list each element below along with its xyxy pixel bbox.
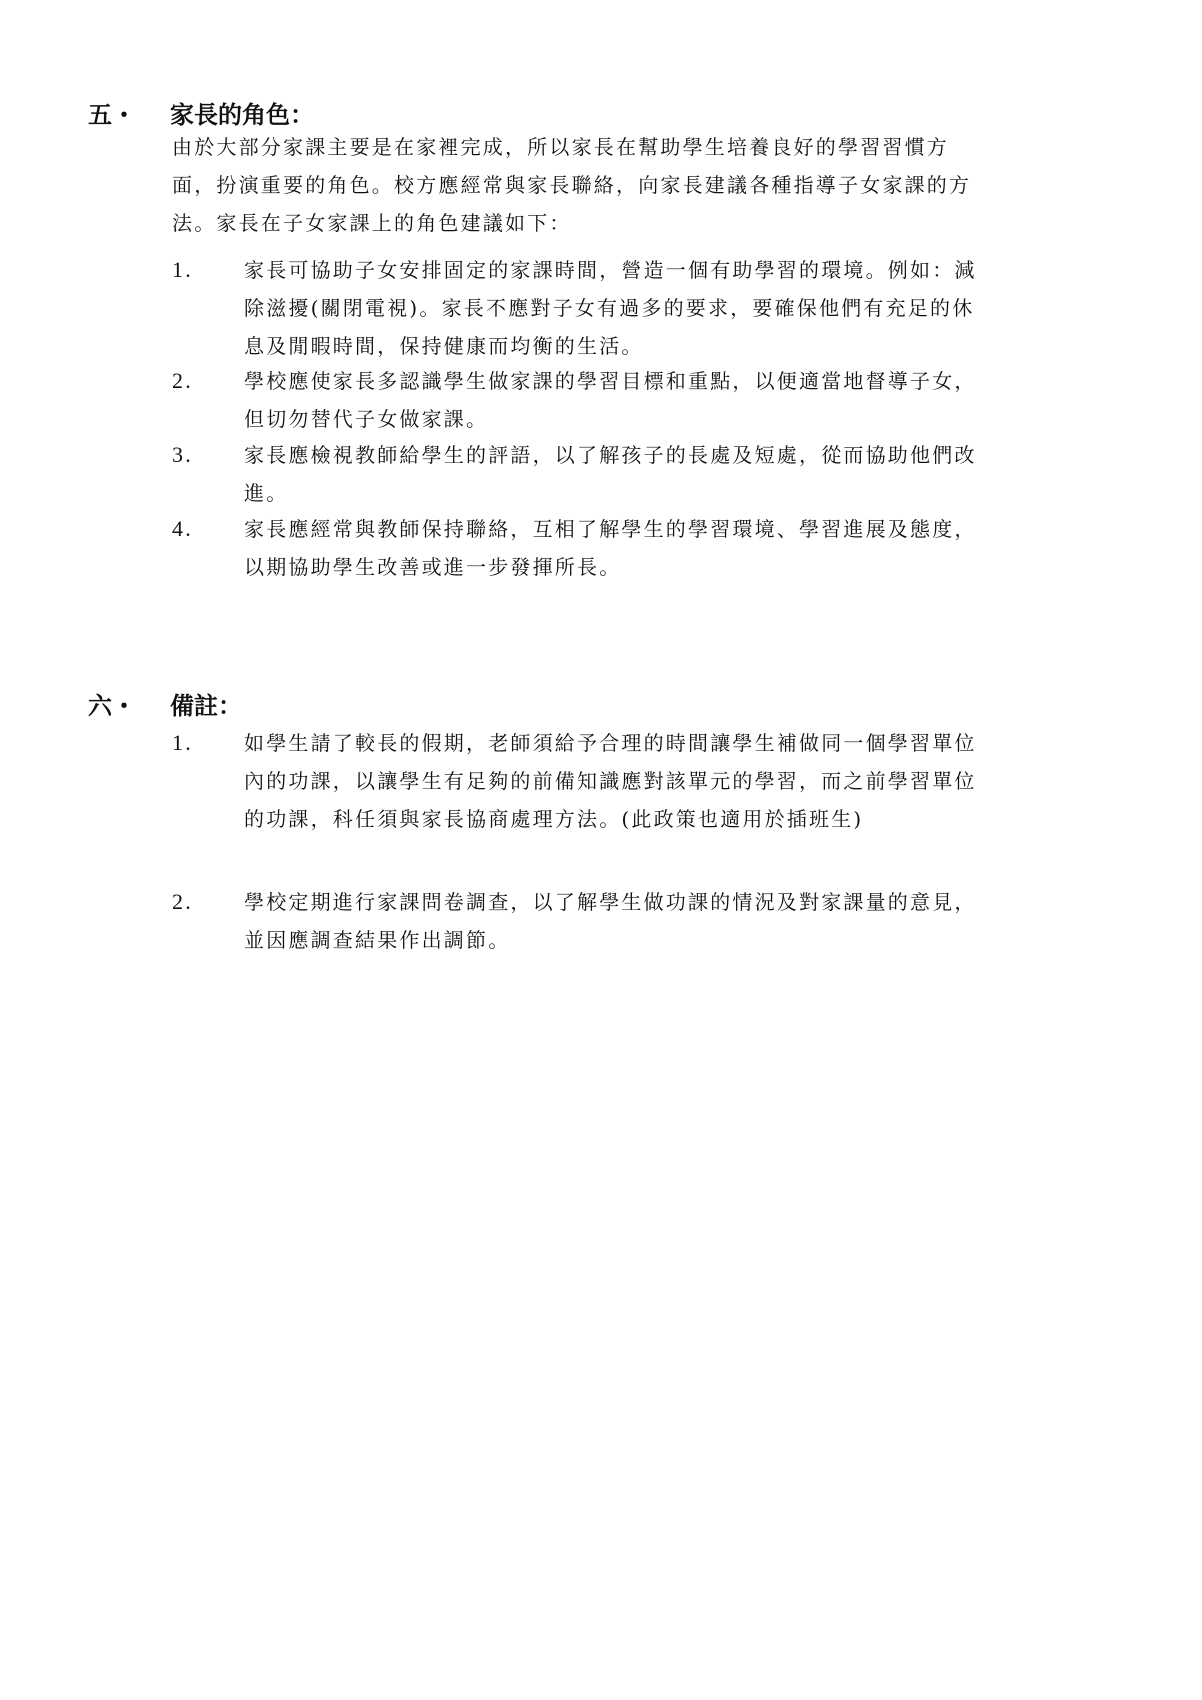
list-item-text: 家長應檢視教師給學生的評語，以了解孩子的長處及短處，從而協助他們改 進。 bbox=[244, 436, 1044, 512]
list-item-text: 家長可協助子女安排固定的家課時間，營造一個有助學習的環境。例如：減 除滋擾(關閉… bbox=[244, 251, 1044, 365]
list-marker: 2. bbox=[172, 362, 232, 400]
paragraph-line: 面，扮演重要的角色。校方應經常與家長聯絡，向家長建議各種指導子女家課的方 bbox=[172, 166, 1032, 204]
section-number: 五・ bbox=[88, 95, 170, 135]
item-line: 家長應檢視教師給學生的評語，以了解孩子的長處及短處，從而協助他們改 bbox=[244, 436, 1044, 474]
item-line: 息及閒暇時間，保持健康而均衡的生活。 bbox=[244, 327, 1044, 365]
section-heading: 六・備註： bbox=[88, 686, 242, 726]
item-line: 除滋擾(關閉電視)。家長不應對子女有過多的要求，要確保他們有充足的休 bbox=[244, 289, 1044, 327]
section-title: 家長的角色： bbox=[170, 100, 314, 129]
list-item-text: 家長應經常與教師保持聯絡，互相了解學生的學習環境、學習進展及態度， 以期協助學生… bbox=[244, 510, 1044, 586]
item-line: 家長可協助子女安排固定的家課時間，營造一個有助學習的環境。例如：減 bbox=[244, 251, 1044, 289]
item-line: 的功課，科任須與家長協商處理方法。(此政策也適用於插班生) bbox=[244, 800, 1044, 838]
list-item-text: 如學生請了較長的假期，老師須給予合理的時間讓學生補做同一個學習單位 內的功課，以… bbox=[244, 724, 1044, 838]
item-line: 內的功課，以讓學生有足夠的前備知識應對該單元的學習，而之前學習單位 bbox=[244, 762, 1044, 800]
list-marker: 3. bbox=[172, 436, 232, 474]
item-line: 但切勿替代子女做家課。 bbox=[244, 400, 1044, 438]
paragraph-line: 法。家長在子女家課上的角色建議如下： bbox=[172, 204, 1032, 242]
section-title: 備註： bbox=[170, 691, 242, 720]
item-line: 學校定期進行家課問卷調查，以了解學生做功課的情況及對家課量的意見， bbox=[244, 883, 1044, 921]
item-line: 並因應調查結果作出調節。 bbox=[244, 921, 1044, 959]
item-line: 進。 bbox=[244, 474, 1044, 512]
section-number: 六・ bbox=[88, 686, 170, 726]
list-marker: 1. bbox=[172, 724, 232, 762]
list-marker: 1. bbox=[172, 251, 232, 289]
list-marker: 4. bbox=[172, 510, 232, 548]
item-line: 如學生請了較長的假期，老師須給予合理的時間讓學生補做同一個學習單位 bbox=[244, 724, 1044, 762]
section-intro-paragraph: 由於大部分家課主要是在家裡完成，所以家長在幫助學生培養良好的學習習慣方 面，扮演… bbox=[172, 128, 1032, 242]
document-page: 五・家長的角色： 由於大部分家課主要是在家裡完成，所以家長在幫助學生培養良好的學… bbox=[0, 0, 1202, 1700]
list-item-text: 學校應使家長多認識學生做家課的學習目標和重點，以便適當地督導子女， 但切勿替代子… bbox=[244, 362, 1044, 438]
list-item-text: 學校定期進行家課問卷調查，以了解學生做功課的情況及對家課量的意見， 並因應調查結… bbox=[244, 883, 1044, 959]
list-marker: 2. bbox=[172, 883, 232, 921]
paragraph-line: 由於大部分家課主要是在家裡完成，所以家長在幫助學生培養良好的學習習慣方 bbox=[172, 128, 1032, 166]
item-line: 家長應經常與教師保持聯絡，互相了解學生的學習環境、學習進展及態度， bbox=[244, 510, 1044, 548]
item-line: 學校應使家長多認識學生做家課的學習目標和重點，以便適當地督導子女， bbox=[244, 362, 1044, 400]
item-line: 以期協助學生改善或進一步發揮所長。 bbox=[244, 548, 1044, 586]
